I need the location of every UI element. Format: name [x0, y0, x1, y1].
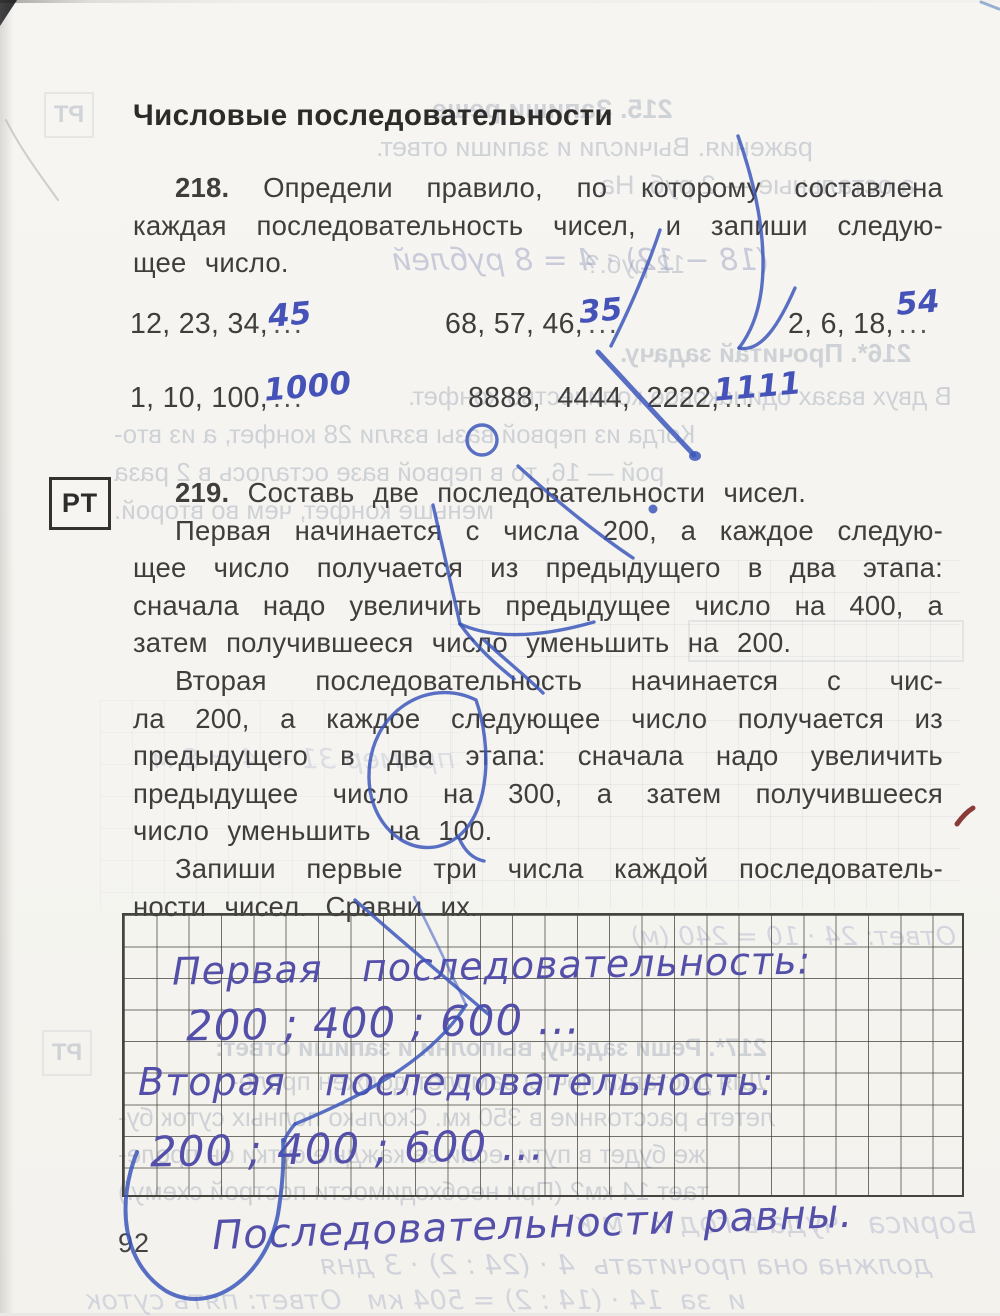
bleedthrough-text: ражения. Вычисли и запиши ответ.: [376, 132, 813, 163]
handwritten-answer: 35: [578, 291, 625, 331]
sequence-printed: 2, 6, 18,: [788, 308, 894, 340]
text-line: каждаяпоследовательностьчисел,изапишисле…: [133, 210, 943, 248]
page-number: 92: [118, 1228, 150, 1259]
text-line: число уменьшить на 100.: [133, 815, 943, 853]
bleedthrough-text: и за 14 · (14 : 2) = 504 км Ответ: пять …: [85, 1285, 746, 1313]
sequence-printed: 12, 23, 34,: [130, 308, 268, 340]
scan-left-shading: [0, 0, 14, 1313]
margin-tag-rt: РТ: [49, 477, 111, 530]
handwritten-answer: 1000: [263, 365, 353, 408]
bleedthrough-text: должна она прочитать 4 · (24 : 2) · 3 дн…: [320, 1248, 932, 1281]
text-line: предыдущеечислона300,азатемполучившееся: [133, 778, 943, 816]
number-sequence: 1, 10, 100,...1000: [130, 379, 392, 415]
text-line: Перваяначинаетсясчисла200,акаждоеследую-: [133, 515, 943, 553]
text-line: Втораяпоследовательностьначинаетсясчис-: [133, 665, 943, 703]
text-line: щее число.: [133, 247, 943, 285]
red-pen-tick: [957, 808, 973, 824]
handwriting-line: Вторая последовательность:: [138, 1060, 774, 1104]
problem-218-text: 218.Определиправило,покоторомусоставлена…: [133, 172, 943, 285]
number-sequence: 8888, 4444, 2222,...1111: [468, 379, 843, 415]
bleedthrough-text: 216*. Прочитай задачу.: [620, 338, 911, 369]
handwritten-answer: 45: [267, 295, 314, 335]
sequence-printed: 68, 57, 46,: [445, 308, 583, 340]
bleedthrough-text: Когда из первой вазы взяли 28 конфет, а …: [114, 419, 696, 450]
text-line: 218.Определиправило,покоторомусоставлена: [133, 172, 943, 210]
bleedthrough-box: РТ: [44, 92, 94, 138]
text-line: 219. Составь две последовательности чисе…: [133, 477, 943, 515]
handwritten-answer: 54: [894, 283, 941, 323]
sequence-printed: 8888, 4444, 2222,: [468, 382, 719, 414]
workbook-page-scan: 215. Запиши решеражения. Вычисли и запиш…: [0, 0, 1000, 1313]
number-sequence: 2, 6, 18,...54: [788, 305, 974, 341]
number-sequence: 12, 23, 34,...45: [130, 305, 348, 341]
text-line: щеечислополучаетсяизпредыдущеговдваэтапа…: [133, 552, 943, 590]
problem-219-text: 219. Составь две последовательности чисе…: [133, 477, 943, 928]
handwriting-line: 200 ; 400 ; 600 ...: [186, 995, 581, 1051]
text-line: ла200,акаждоеследующеечислополучаетсяиз: [133, 703, 943, 741]
margin-tag-label: РТ: [62, 488, 98, 519]
text-line: Запишипервыетричислакаждойпоследователь-: [133, 853, 943, 891]
section-title: Числовые последовательности: [133, 99, 613, 133]
bleedthrough-box: РТ: [42, 1030, 92, 1076]
text-line: предыдущеговдваэтапа:сначаланадоувеличит…: [133, 740, 943, 778]
scan-top-edge: [0, 0, 1000, 3]
handwritten-answer: 1111: [712, 365, 802, 408]
sequence-printed: 1, 10, 100,: [130, 382, 268, 414]
text-line: сначаланадоувеличитьпредыдущеечислона400…: [133, 590, 943, 628]
text-line: затем получившееся число уменьшить на 20…: [133, 627, 943, 665]
handwriting-line: 200 ; 400 ; 600 ...: [150, 1121, 545, 1177]
number-sequence: 68, 57, 46,...35: [445, 305, 663, 341]
